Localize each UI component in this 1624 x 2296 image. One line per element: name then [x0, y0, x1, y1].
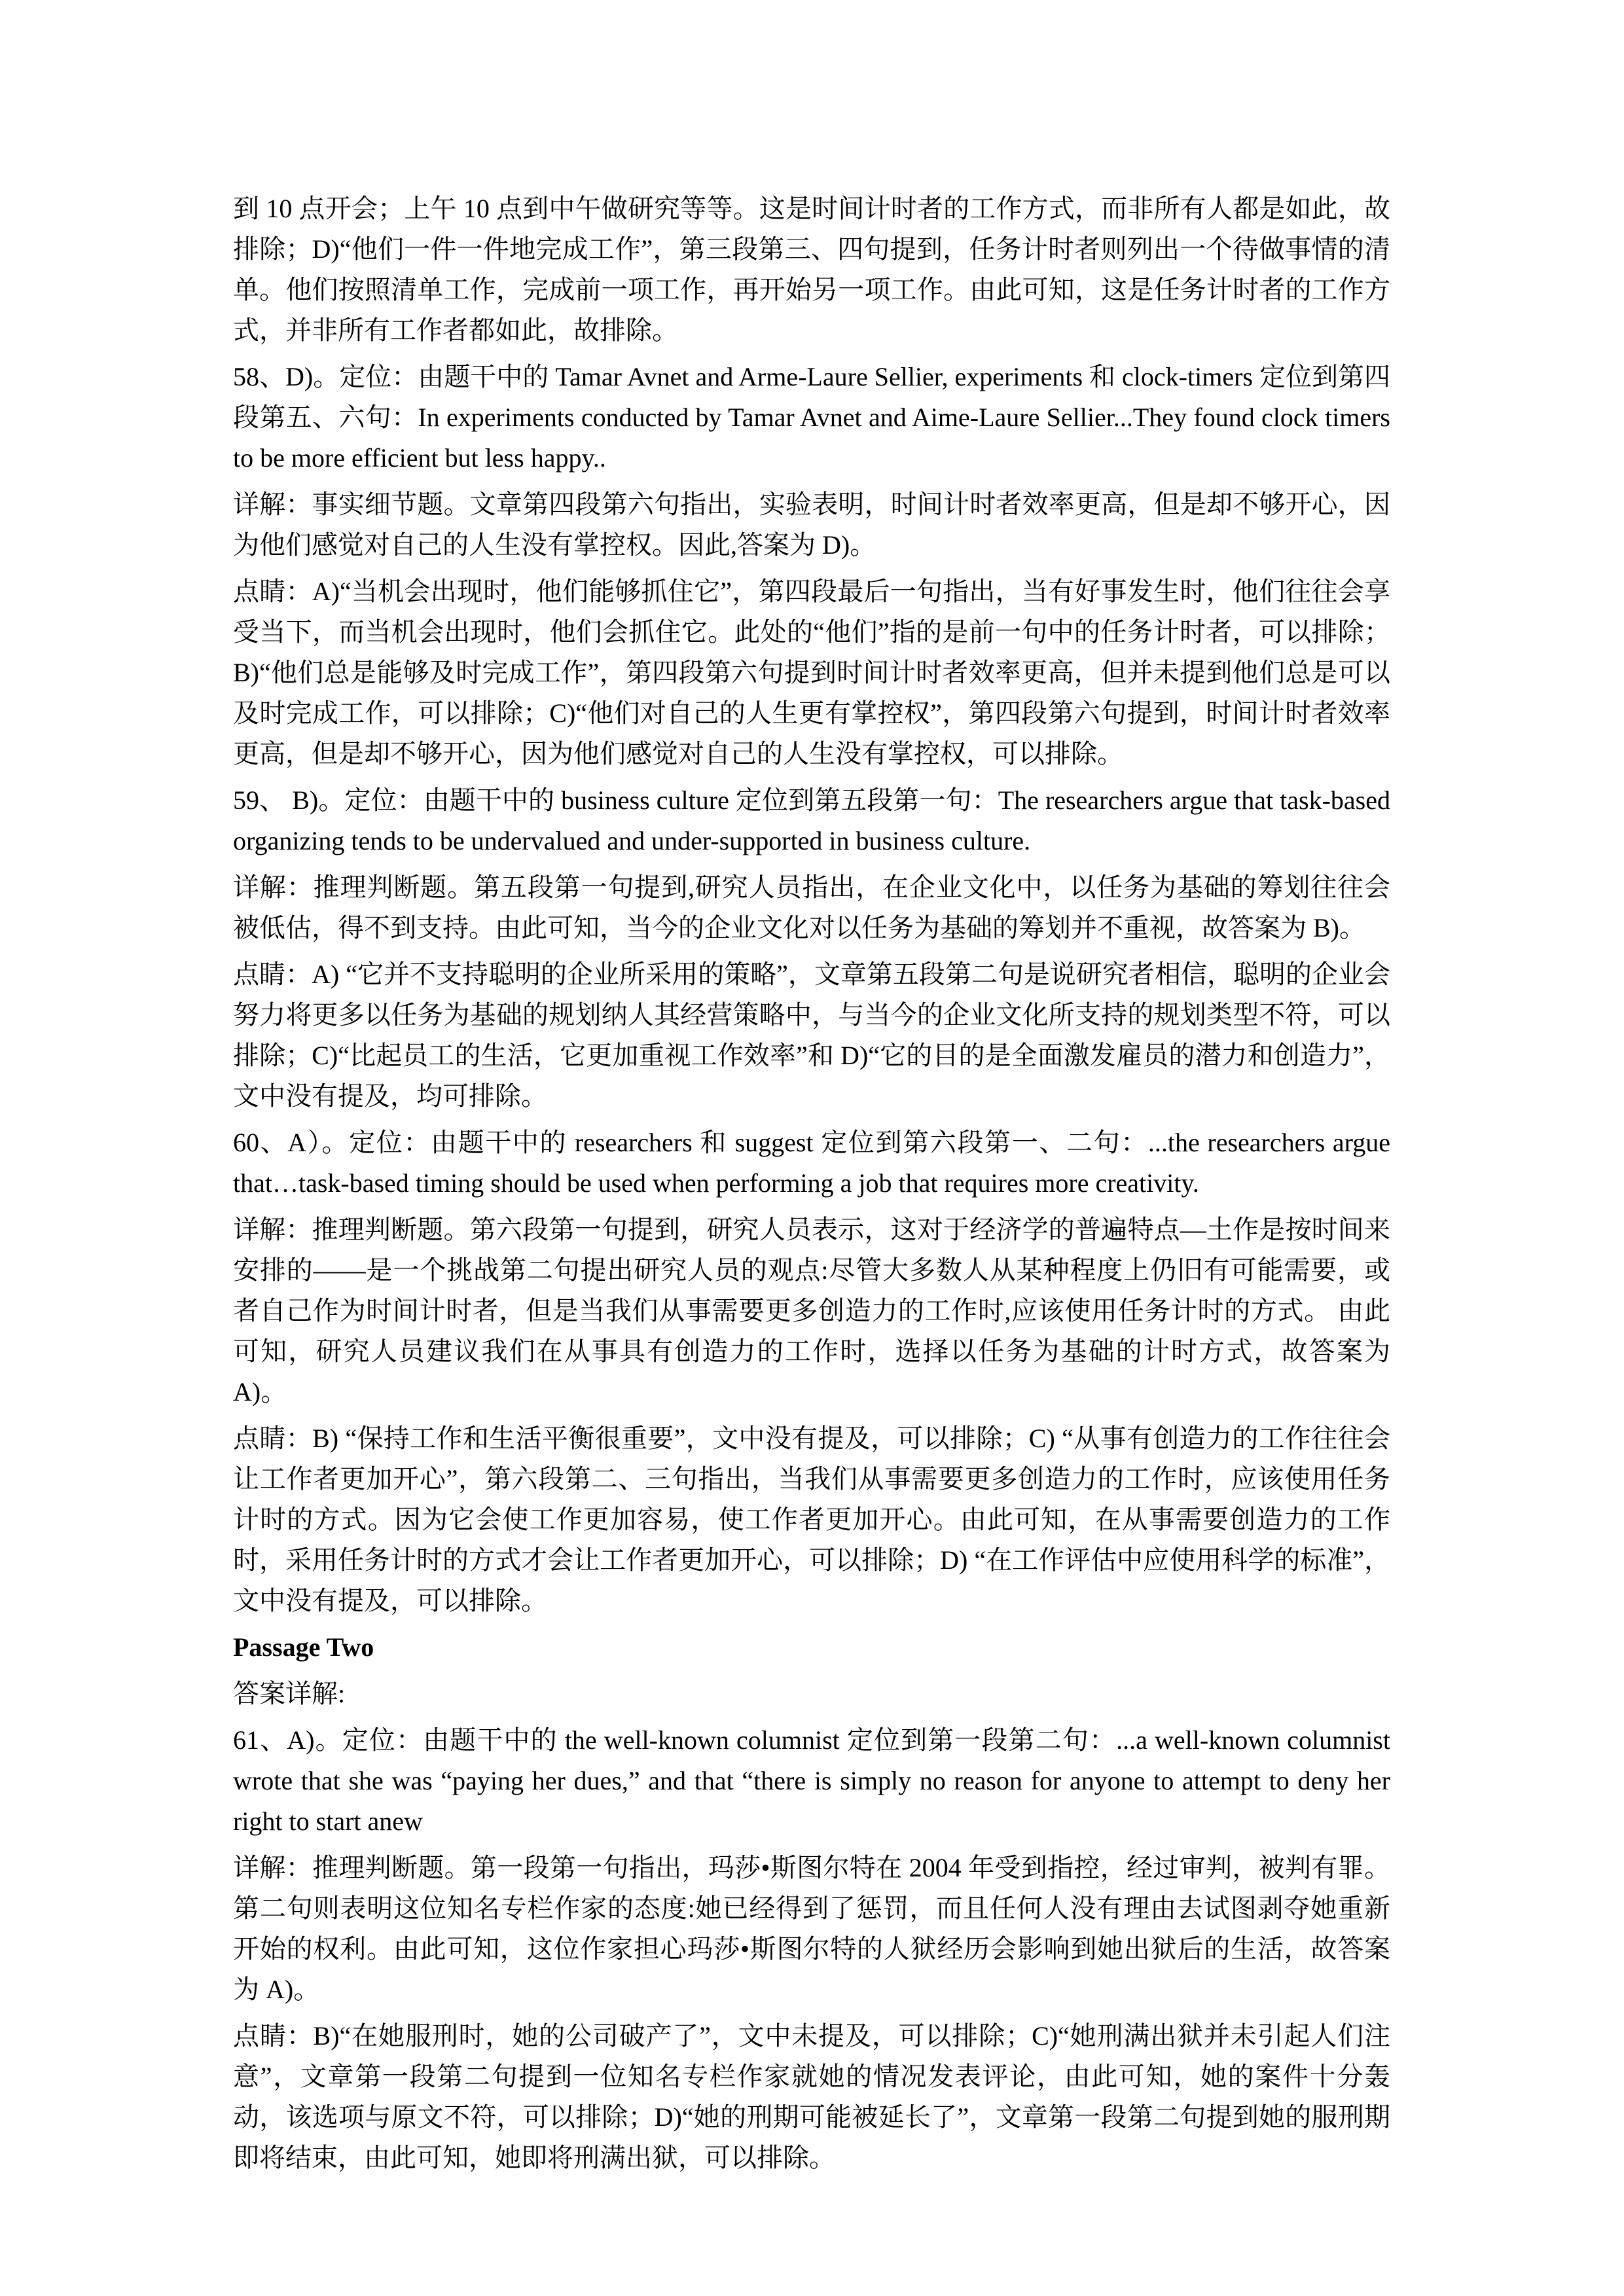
paragraph-q58-tips: 点睛：A)“当机会出现时，他们能够抓住它”，第四段最后一句指出，当有好事发生时，… — [233, 571, 1390, 774]
paragraph-q59-explanation: 详解：推理判断题。第五段第一句提到,研究人员指出，在企业文化中，以任务为基础的筹… — [233, 867, 1390, 948]
paragraph-q58-explanation: 详解：事实细节题。文章第四段第六句指出，实验表明，时间计时者效率更高，但是却不够… — [233, 484, 1390, 565]
paragraph-q61-location: 61、A)。定位：由题干中的 the well-known columnist … — [233, 1720, 1390, 1842]
paragraph-q58-location: 58、D)。定位：由题干中的 Tamar Avnet and Arme-Laur… — [233, 357, 1390, 478]
answers-label: 答案详解: — [233, 1674, 1390, 1714]
paragraph-q60-location: 60、A）。定位：由题干中的 researchers 和 suggest 定位到… — [233, 1122, 1390, 1204]
paragraph-q59-location: 59、 B)。定位：由题干中的 business culture 定位到第五段第… — [233, 780, 1390, 861]
paragraph-q59-tips: 点睛：A) “它并不支持聪明的企业所采用的策略”，文章第五段第二句是说研究者相信… — [233, 954, 1390, 1117]
paragraph-q60-explanation: 详解：推理判断题。第六段第一句提到，研究人员表示，这对于经济学的普遍特点—土作是… — [233, 1210, 1390, 1412]
paragraph-q61-explanation: 详解：推理判断题。第一段第一句指出，玛莎•斯图尔特在 2004 年受到指控，经过… — [233, 1848, 1390, 2010]
paragraph-q61-tips: 点睛：B)“在她服刑时，她的公司破产了”，文中未提及，可以排除；C)“她刑满出狱… — [233, 2016, 1390, 2178]
passage-two-heading: Passage Two — [233, 1627, 1390, 1668]
paragraph-q60-tips: 点睛：B) “保持工作和生活平衡很重要”，文中没有提及，可以排除；C) “从事有… — [233, 1418, 1390, 1621]
document-page: 到 10 点开会；上午 10 点到中午做研究等等。这是时间计时者的工作方式，而非… — [0, 0, 1624, 2296]
paragraph-q57-option-d-analysis: 到 10 点开会；上午 10 点到中午做研究等等。这是时间计时者的工作方式，而非… — [233, 188, 1390, 351]
document-content: 到 10 点开会；上午 10 点到中午做研究等等。这是时间计时者的工作方式，而非… — [233, 188, 1390, 2184]
